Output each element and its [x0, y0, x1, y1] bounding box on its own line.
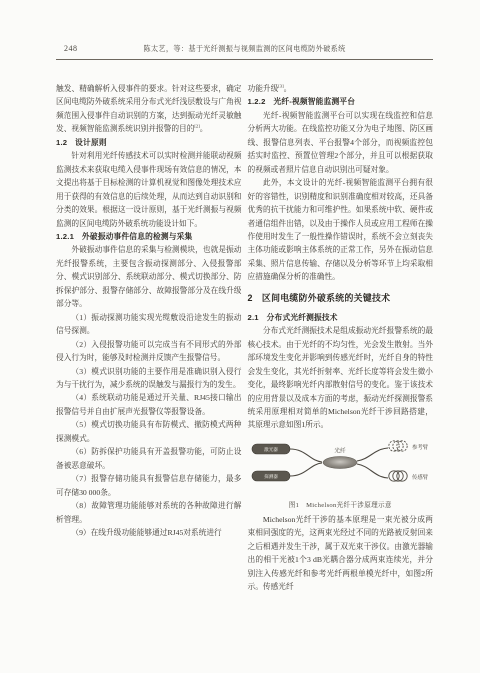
figure-caption: 图1 Michelson光纤干涉原理示意	[248, 499, 434, 509]
section-heading-2: 2 区间电缆防外破系统的关键技术	[248, 291, 434, 306]
left-column: 触发、精确解析入侵事件的要求。针对这些要求，确定区间电缆防外破系统采用分布式光纤…	[56, 82, 242, 594]
paragraph: 针对利用光纤传感技术可以实时检测并能联动视频监测技术来获取电缆入侵事件现场有效信…	[56, 149, 242, 230]
figure-1: 激光器 探测器 光纤	[248, 437, 434, 509]
fiber-coupler	[323, 456, 357, 468]
svg-text:探测器: 探测器	[264, 473, 278, 480]
subsection-heading-2-1: 2.1 分布式光纤测振技术	[248, 311, 434, 324]
page-header: 248 陈太艺，等：基于光纤测振与视频监测的区间电缆防外破系统	[56, 44, 433, 56]
fiber-label: 光纤	[334, 446, 346, 454]
list-item-7: （7）报警存储功能具有报警信息存储能力，最多可存储30 000条。	[56, 472, 242, 499]
list-item-9: （9）在线升级功能能够通过RJ45对系统进行	[56, 526, 242, 539]
subsection-heading-1-2-1: 1.2.1 外破振动事件信息的检测与采集	[56, 230, 242, 243]
laser-source-box: 激光器	[252, 444, 290, 454]
detector-box: 探测器	[252, 471, 290, 481]
list-item-8: （8）故障管理功能能够对系统的各种故障进行解析管理。	[56, 499, 242, 526]
sensing-arm-coil	[388, 471, 406, 481]
paragraph: 分布式光纤测振技术是组成振动光纤报警系统的最核心技术。由于光纤的不均匀性，光会发…	[248, 324, 434, 432]
right-column: 功能升级[3]。 1.2.2 光纤-视频智能监测平台 光纤-视频智能监测平台可以…	[248, 82, 434, 594]
paragraph: 触发、精确解析入侵事件的要求。针对这些要求，确定区间电缆防外破系统采用分布式光纤…	[56, 82, 242, 136]
list-item-3: （3）模式识别功能的主要作用是准确识别入侵行为与干扰行为，减少系统的误触发与漏报…	[56, 365, 242, 392]
header-rule	[56, 59, 433, 60]
subsection-heading-1-2-2: 1.2.2 光纤-视频智能监测平台	[248, 95, 434, 108]
list-item-4: （4）系统联动功能是通过开关量、RJ45接口输出报警信号并自由扩展声光报警仪等报…	[56, 391, 242, 418]
list-item-6: （6）防拆保护功能具有开盖报警功能，可防止设备被恶意破坏。	[56, 445, 242, 472]
running-title: 陈太艺，等：基于光纤测振与视频监测的区间电缆防外破系统	[56, 44, 433, 54]
michelson-diagram: 激光器 探测器 光纤	[248, 437, 433, 493]
list-item-2: （2）入侵报警功能可以完成当有不同形式的外部侵入行为时，能够及时检测并反馈产生报…	[56, 338, 242, 365]
reference-arm-coil	[388, 441, 406, 451]
paragraph: Michelson光纤干涉的基本原理是一束光被分成两束相同强度的光，这两束光经过…	[248, 513, 434, 594]
paragraph: 外破振动事件信息的采集与检测模块，也就是振动光纤报警系统，主要包含振动探测部分、…	[56, 243, 242, 310]
svg-text:激光器: 激光器	[264, 446, 278, 453]
paragraph: 此外，本文设计的光纤-视频智能监测平台拥有很好的容错性，识别精度和识别准确度相对…	[248, 176, 434, 284]
sensing-arm-label: 传感臂	[412, 473, 429, 481]
reference-arm-label: 参考臂	[412, 443, 429, 451]
subsection-heading-1-2: 1.2 设计原则	[56, 136, 242, 149]
list-item-1: （1）振动探测功能实现光缆敷设沿途发生的振动信号探测。	[56, 311, 242, 338]
two-column-body: 触发、精确解析入侵事件的要求。针对这些要求，确定区间电缆防外破系统采用分布式光纤…	[56, 82, 433, 594]
paragraph: 光纤-视频智能监测平台可以实现在线监控和信息分析两大功能。在线监控功能又分为电子…	[248, 109, 434, 176]
list-item-5: （5）模式切换功能具有布防模式、撤防模式两种探测模式。	[56, 418, 242, 445]
paragraph: 功能升级[3]。	[248, 82, 434, 95]
paper-page: 248 陈太艺，等：基于光纤测振与视频监测的区间电缆防外破系统 触发、精确解析入…	[0, 0, 480, 673]
